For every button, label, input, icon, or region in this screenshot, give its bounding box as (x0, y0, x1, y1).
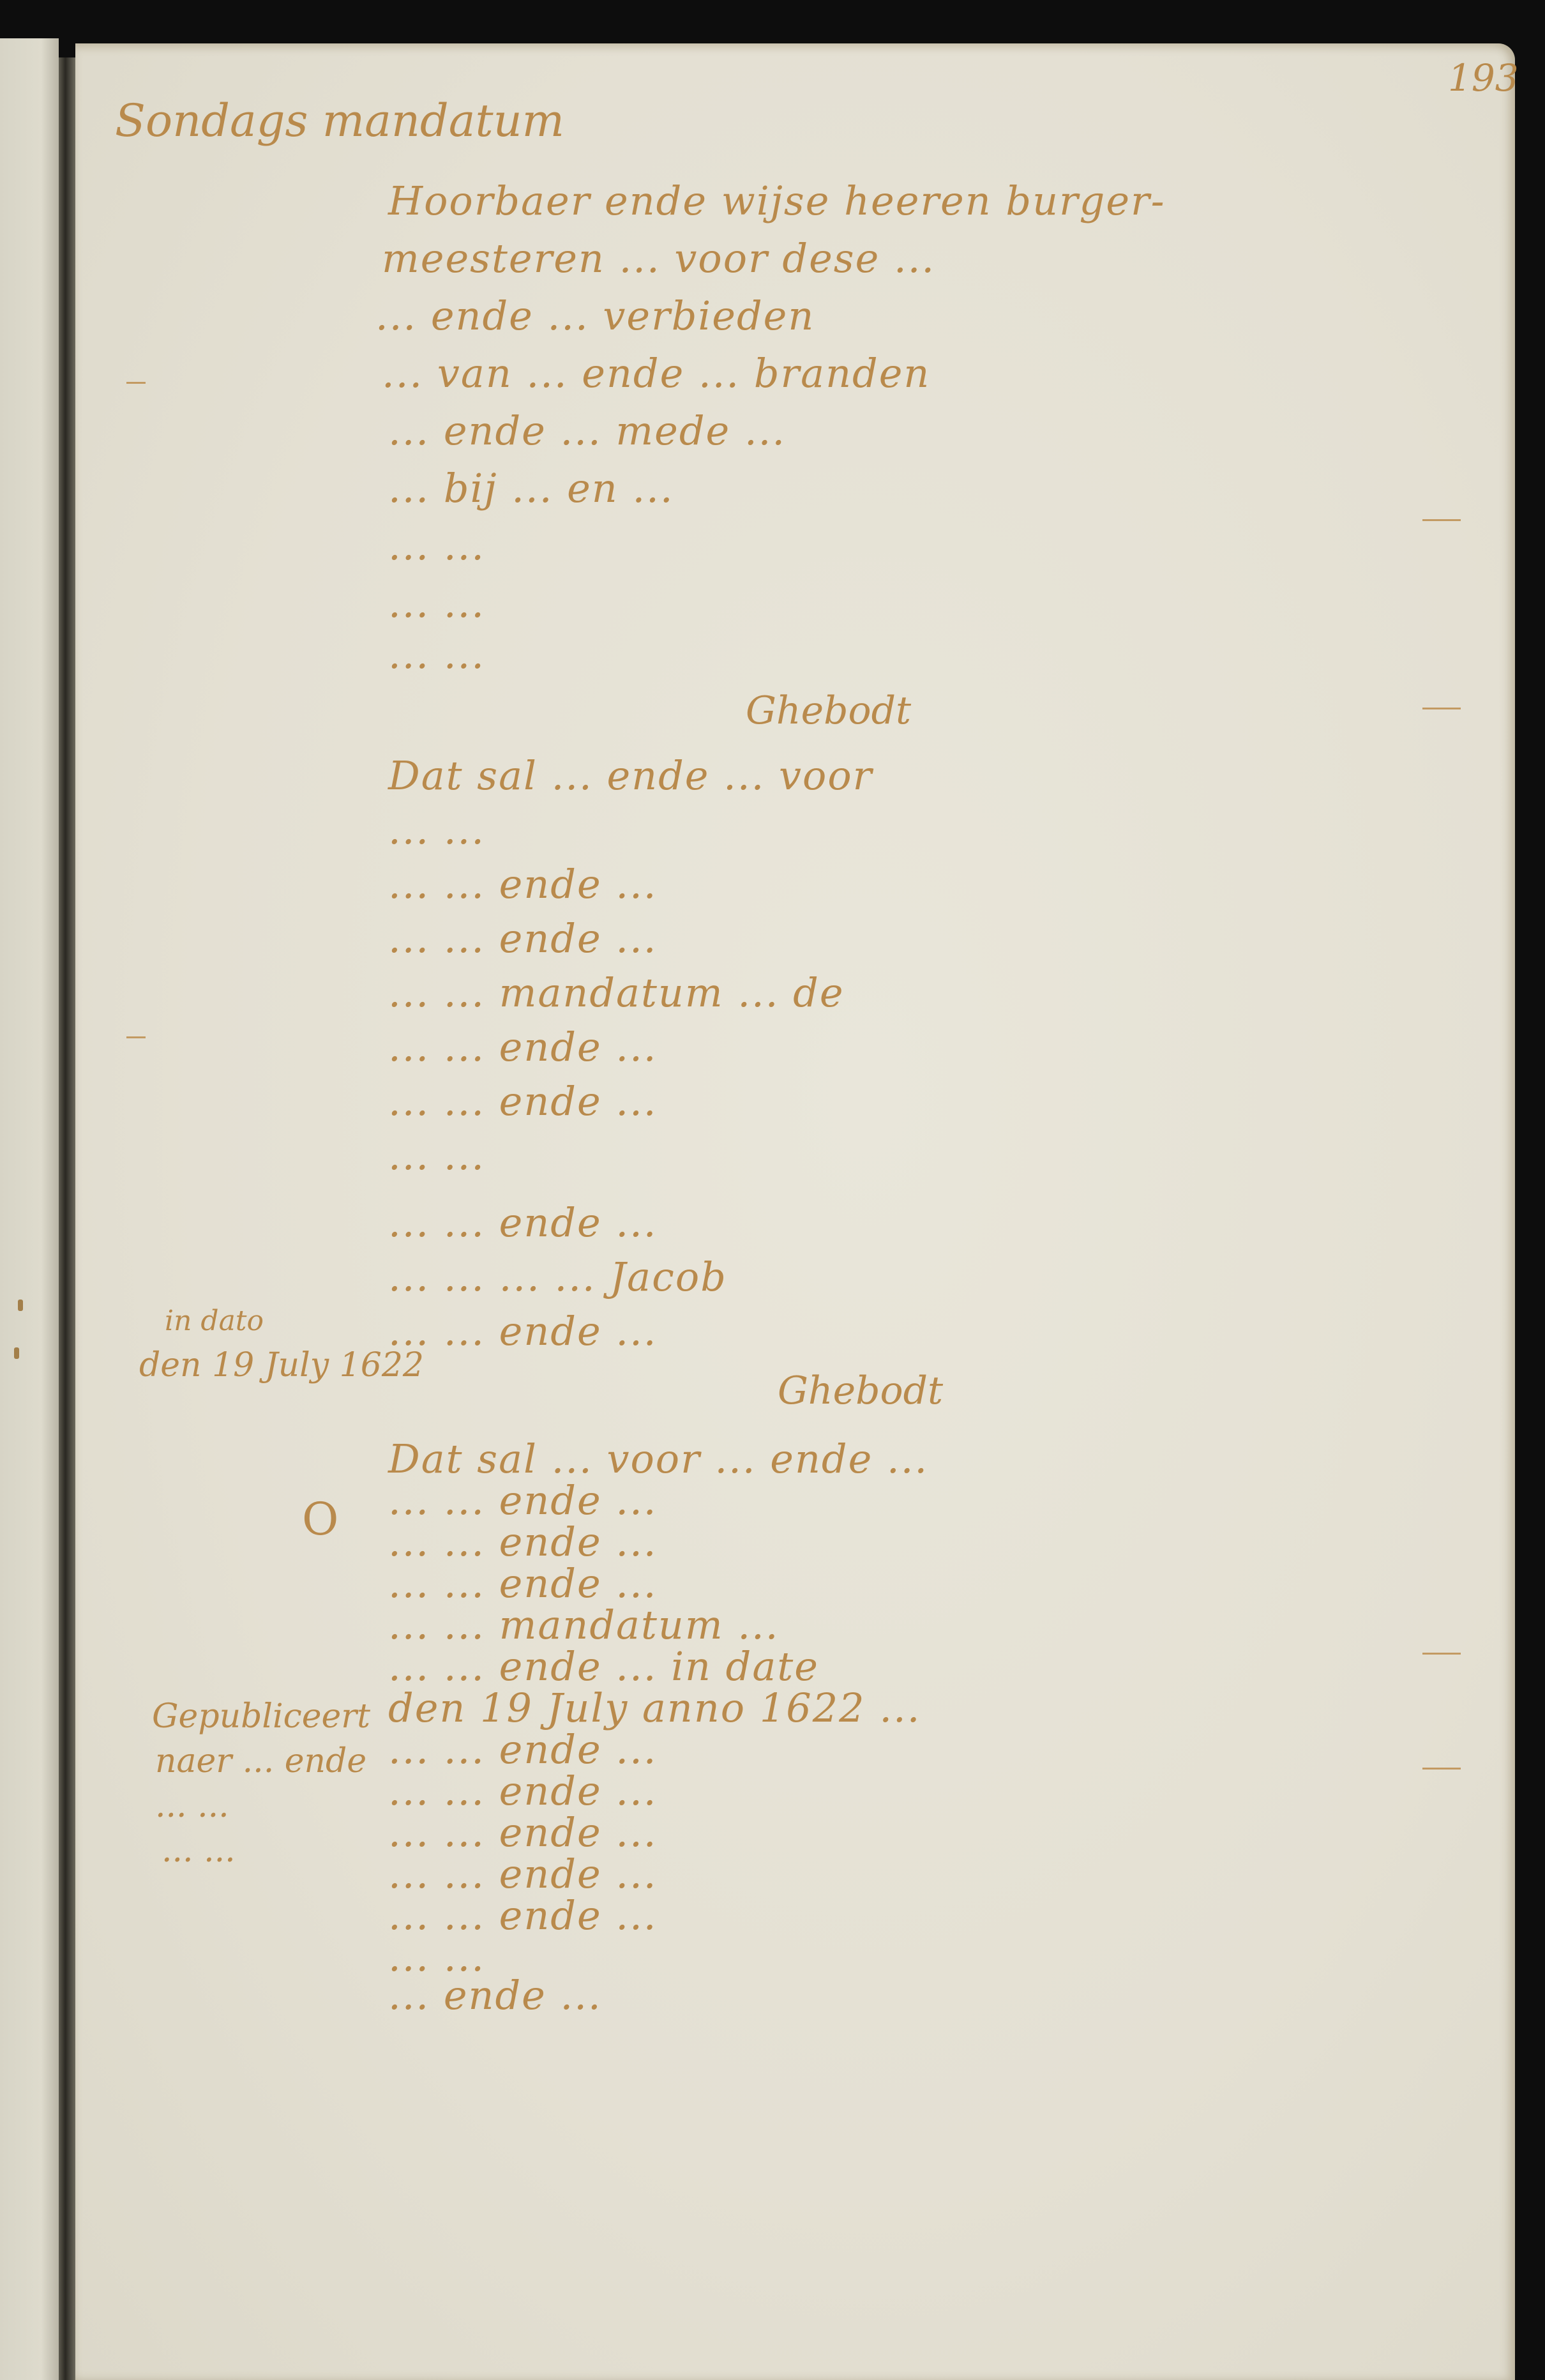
ink-mark (14, 1347, 19, 1359)
subheading: Ghebodt (746, 688, 911, 733)
text-line: ... ... ende ... (388, 1199, 658, 1246)
margin-circle-mark: O (302, 1493, 338, 1545)
text-line: ... ... ende ... (388, 1078, 658, 1125)
text-line: ... ... ende ... (388, 1892, 658, 1939)
line-filler-dash (1422, 519, 1461, 521)
margin-dash (126, 1036, 146, 1038)
text-line: ... ... ende ... (388, 1809, 658, 1856)
text-line: ... ... ende ... (388, 1768, 658, 1814)
text-line: ... ... (388, 807, 485, 853)
margin-note-date-line1: in dato (165, 1305, 264, 1337)
text-line: ... ... (388, 1132, 485, 1179)
text-line: Hoorbaer ende wijse heeren burger- (388, 178, 1166, 224)
page-heading: Sondags mandatum (115, 95, 564, 147)
text-line: ... ende ... (388, 1972, 602, 2019)
text-line: ... ... ende ... (388, 1519, 658, 1565)
margin-note-line: ... ... (155, 1787, 229, 1825)
text-line: ... ende ... verbieden (375, 292, 815, 339)
text-line: Dat sal ... ende ... voor (388, 752, 873, 799)
text-line: ... ... ende ... in date (388, 1643, 819, 1690)
text-line: Dat sal ... voor ... ende ... (388, 1436, 928, 1482)
text-line: ... ... (388, 522, 485, 569)
margin-dash (126, 382, 146, 384)
text-line: ... ... (388, 631, 485, 678)
text-line: ... ... mandatum ... de (388, 969, 845, 1016)
margin-note-line: Gepubliceert (152, 1697, 370, 1736)
text-line: ... ... ende ... (388, 1308, 658, 1354)
text-line: ... van ... ende ... branden (382, 350, 930, 397)
text-line: meesteren ... voor dese ... (382, 235, 935, 282)
margin-note-date-line2: den 19 July 1622 (139, 1346, 424, 1384)
book-gutter (59, 57, 75, 2380)
line-filler-dash (1422, 1653, 1461, 1655)
text-line: ... ... ende ... (388, 1851, 658, 1897)
facing-page-edge (0, 38, 59, 2380)
text-line: ... ... mandatum ... (388, 1602, 779, 1648)
subheading: Ghebodt (778, 1368, 943, 1413)
text-line: ... ... ende ... (388, 1477, 658, 1524)
text-line: den 19 July anno 1622 ... (388, 1685, 921, 1731)
line-filler-dash (1422, 708, 1461, 709)
text-line: ... ... ende ... (388, 1726, 658, 1773)
text-line: ... ... (388, 580, 485, 626)
margin-note-line: ... ... (162, 1831, 236, 1870)
text-line: ... bij ... en ... (388, 465, 674, 512)
text-line: ... ... ende ... (388, 915, 658, 962)
manuscript-page: 193 Sondags mandatum Hoorbaer ende wijse… (75, 43, 1515, 2380)
text-line: ... ende ... mede ... (388, 407, 786, 454)
ink-mark (18, 1300, 23, 1311)
text-line: ... ... ende ... (388, 1024, 658, 1070)
margin-note-line: naer ... ende (155, 1742, 366, 1780)
text-line: ... ... ende ... (388, 1560, 658, 1607)
text-line: ... ... ... ... Jacob (388, 1254, 727, 1300)
text-line: ... ... ende ... (388, 861, 658, 907)
page-number: 193 (1448, 56, 1519, 100)
line-filler-dash (1422, 1768, 1461, 1770)
